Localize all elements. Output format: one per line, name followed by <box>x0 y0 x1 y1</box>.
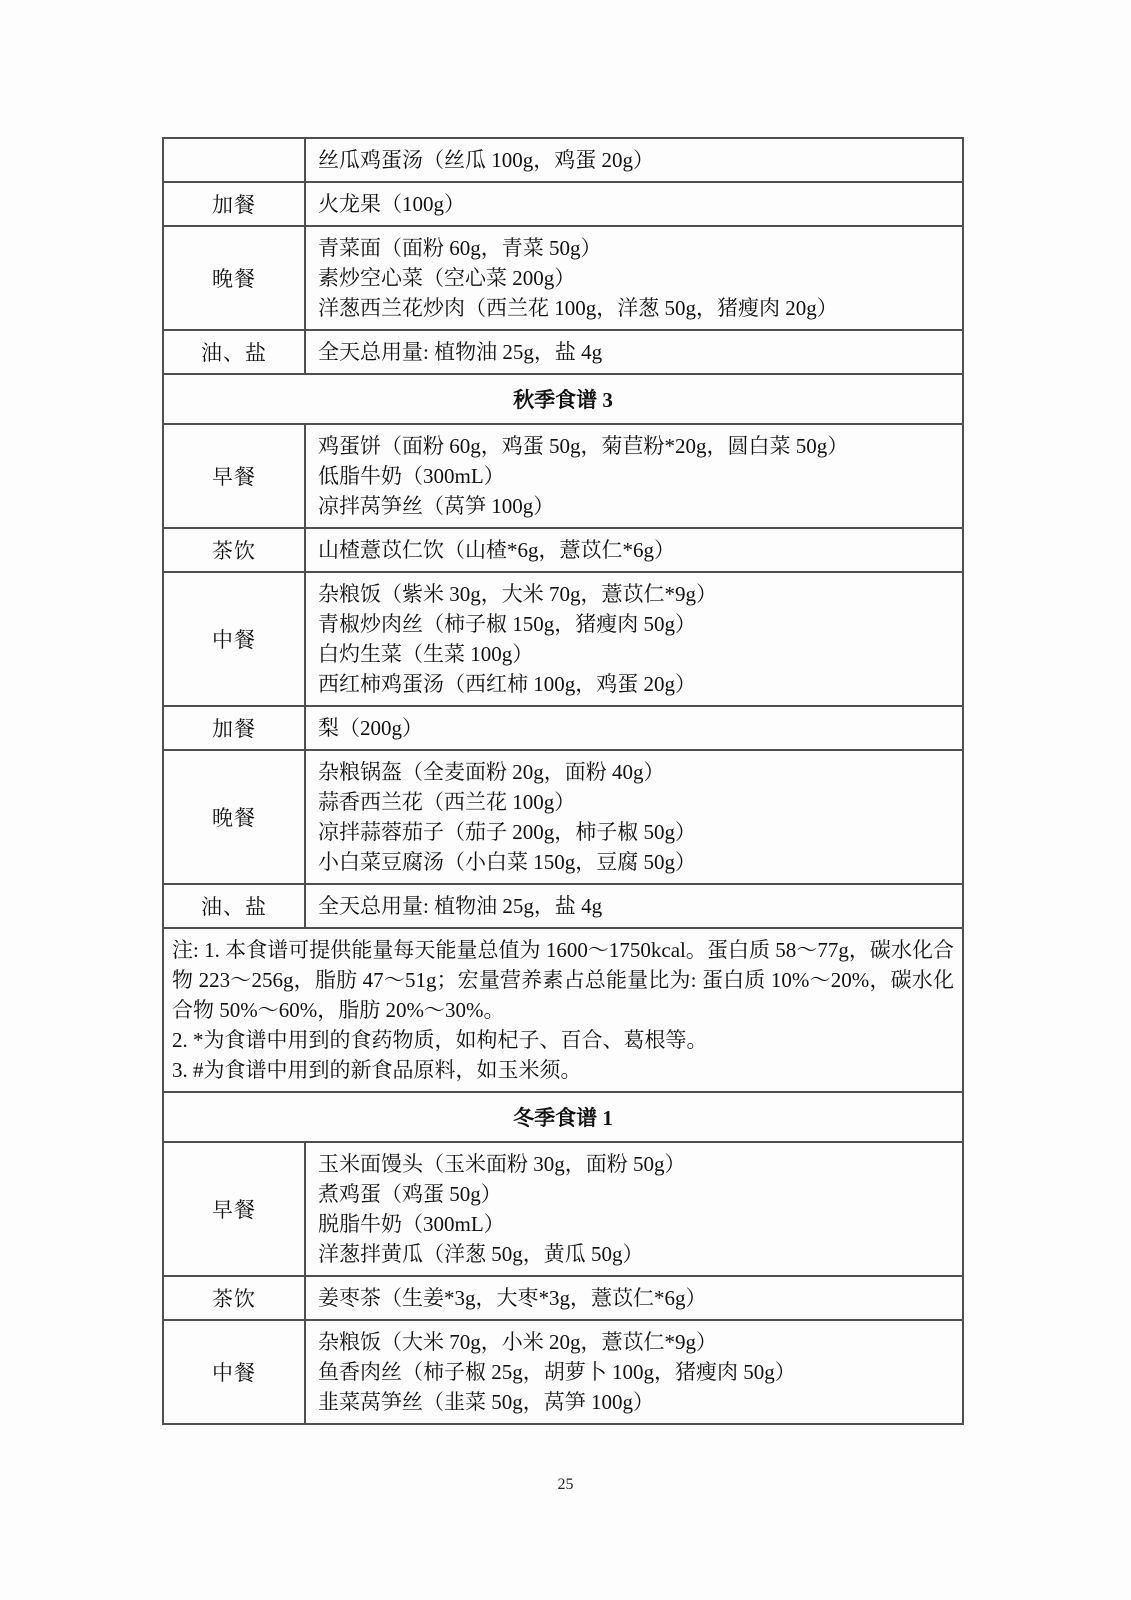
table-row: 丝瓜鸡蛋汤（丝瓜 100g，鸡蛋 20g） <box>163 138 963 182</box>
note-line: 3. #为食谱中用到的新食品原料，如玉米须。 <box>172 1055 954 1085</box>
menu-table: 丝瓜鸡蛋汤（丝瓜 100g，鸡蛋 20g） 加餐 火龙果（100g） 晚餐 青菜… <box>162 137 964 1425</box>
meal-label: 早餐 <box>163 424 305 528</box>
dish-line: 脱脂牛奶（300mL） <box>318 1209 952 1239</box>
dish-line: 煮鸡蛋（鸡蛋 50g） <box>318 1179 952 1209</box>
meal-items: 杂粮饭（紫米 30g，大米 70g，薏苡仁*9g） 青椒炒肉丝（柿子椒 150g… <box>305 572 963 706</box>
table-row: 冬季食谱 1 <box>163 1092 963 1142</box>
meal-items: 姜枣茶（生姜*3g，大枣*3g，薏苡仁*6g） <box>305 1276 963 1320</box>
meal-label: 茶饮 <box>163 528 305 572</box>
table-row: 中餐 杂粮饭（紫米 30g，大米 70g，薏苡仁*9g） 青椒炒肉丝（柿子椒 1… <box>163 572 963 706</box>
meal-items: 全天总用量: 植物油 25g，盐 4g <box>305 884 963 928</box>
dish-line: 凉拌蒜蓉茄子（茄子 200g，柿子椒 50g） <box>318 817 952 847</box>
dish-line: 丝瓜鸡蛋汤（丝瓜 100g，鸡蛋 20g） <box>318 145 952 175</box>
meal-items: 青菜面（面粉 60g，青菜 50g） 素炒空心菜（空心菜 200g） 洋葱西兰花… <box>305 226 963 330</box>
dish-line: 全天总用量: 植物油 25g，盐 4g <box>318 337 952 367</box>
page-number: 25 <box>0 1476 1131 1494</box>
meal-label <box>163 138 305 182</box>
dish-line: 青菜面（面粉 60g，青菜 50g） <box>318 233 952 263</box>
dish-line: 小白菜豆腐汤（小白菜 150g，豆腐 50g） <box>318 847 952 877</box>
dish-line: 玉米面馒头（玉米面粉 30g，面粉 50g） <box>318 1149 952 1179</box>
meal-items: 山楂薏苡仁饮（山楂*6g，薏苡仁*6g） <box>305 528 963 572</box>
meal-items: 全天总用量: 植物油 25g，盐 4g <box>305 330 963 374</box>
table-row: 中餐 杂粮饭（大米 70g，小米 20g，薏苡仁*9g） 鱼香肉丝（柿子椒 25… <box>163 1320 963 1424</box>
table-row: 油、盐 全天总用量: 植物油 25g，盐 4g <box>163 884 963 928</box>
dish-line: 全天总用量: 植物油 25g，盐 4g <box>318 891 952 921</box>
section-header-winter-1: 冬季食谱 1 <box>163 1092 963 1142</box>
meal-items: 杂粮饭（大米 70g，小米 20g，薏苡仁*9g） 鱼香肉丝（柿子椒 25g，胡… <box>305 1320 963 1424</box>
meal-items: 火龙果（100g） <box>305 182 963 226</box>
meal-label: 加餐 <box>163 706 305 750</box>
table-row: 注: 1. 本食谱可提供能量每天能量总值为 1600～1750kcal。蛋白质 … <box>163 928 963 1092</box>
dish-line: 鱼香肉丝（柿子椒 25g，胡萝卜 100g，猪瘦肉 50g） <box>318 1357 952 1387</box>
dish-line: 山楂薏苡仁饮（山楂*6g，薏苡仁*6g） <box>318 535 952 565</box>
meal-label: 中餐 <box>163 1320 305 1424</box>
dish-line: 梨（200g） <box>318 713 952 743</box>
table-row: 茶饮 姜枣茶（生姜*3g，大枣*3g，薏苡仁*6g） <box>163 1276 963 1320</box>
dish-line: 凉拌莴笋丝（莴笋 100g） <box>318 491 952 521</box>
note-line: 2. *为食谱中用到的食药物质，如枸杞子、百合、葛根等。 <box>172 1025 954 1055</box>
dish-line: 杂粮锅盔（全麦面粉 20g，面粉 40g） <box>318 757 952 787</box>
meal-items: 丝瓜鸡蛋汤（丝瓜 100g，鸡蛋 20g） <box>305 138 963 182</box>
dish-line: 白灼生菜（生菜 100g） <box>318 639 952 669</box>
meal-items: 杂粮锅盔（全麦面粉 20g，面粉 40g） 蒜香西兰花（西兰花 100g） 凉拌… <box>305 750 963 884</box>
dish-line: 蒜香西兰花（西兰花 100g） <box>318 787 952 817</box>
dish-line: 青椒炒肉丝（柿子椒 150g，猪瘦肉 50g） <box>318 609 952 639</box>
section-header-autumn-3: 秋季食谱 3 <box>163 374 963 424</box>
dish-line: 鸡蛋饼（面粉 60g，鸡蛋 50g，菊苣粉*20g，圆白菜 50g） <box>318 431 952 461</box>
table-row: 秋季食谱 3 <box>163 374 963 424</box>
dish-line: 西红柿鸡蛋汤（西红柿 100g，鸡蛋 20g） <box>318 669 952 699</box>
meal-label: 晚餐 <box>163 226 305 330</box>
note-line: 注: 1. 本食谱可提供能量每天能量总值为 1600～1750kcal。蛋白质 … <box>172 935 954 1025</box>
meal-label: 茶饮 <box>163 1276 305 1320</box>
meal-label: 中餐 <box>163 572 305 706</box>
dish-line: 韭菜莴笋丝（韭菜 50g，莴笋 100g） <box>318 1387 952 1417</box>
dish-line: 火龙果（100g） <box>318 189 952 219</box>
dish-line: 洋葱拌黄瓜（洋葱 50g，黄瓜 50g） <box>318 1239 952 1269</box>
dish-line: 杂粮饭（大米 70g，小米 20g，薏苡仁*9g） <box>318 1327 952 1357</box>
dish-line: 洋葱西兰花炒肉（西兰花 100g，洋葱 50g，猪瘦肉 20g） <box>318 293 952 323</box>
dish-line: 低脂牛奶（300mL） <box>318 461 952 491</box>
table-row: 晚餐 青菜面（面粉 60g，青菜 50g） 素炒空心菜（空心菜 200g） 洋葱… <box>163 226 963 330</box>
table-row: 晚餐 杂粮锅盔（全麦面粉 20g，面粉 40g） 蒜香西兰花（西兰花 100g）… <box>163 750 963 884</box>
meal-label: 晚餐 <box>163 750 305 884</box>
table-row: 早餐 鸡蛋饼（面粉 60g，鸡蛋 50g，菊苣粉*20g，圆白菜 50g） 低脂… <box>163 424 963 528</box>
table-row: 加餐 火龙果（100g） <box>163 182 963 226</box>
table-row: 加餐 梨（200g） <box>163 706 963 750</box>
meal-items: 玉米面馒头（玉米面粉 30g，面粉 50g） 煮鸡蛋（鸡蛋 50g） 脱脂牛奶（… <box>305 1142 963 1276</box>
table-row: 油、盐 全天总用量: 植物油 25g，盐 4g <box>163 330 963 374</box>
meal-label: 油、盐 <box>163 884 305 928</box>
table-row: 早餐 玉米面馒头（玉米面粉 30g，面粉 50g） 煮鸡蛋（鸡蛋 50g） 脱脂… <box>163 1142 963 1276</box>
dish-line: 杂粮饭（紫米 30g，大米 70g，薏苡仁*9g） <box>318 579 952 609</box>
document-page: { "page": { "number": "25" }, "colors": … <box>0 0 1131 1600</box>
meal-label: 早餐 <box>163 1142 305 1276</box>
meal-label: 油、盐 <box>163 330 305 374</box>
dish-line: 姜枣茶（生姜*3g，大枣*3g，薏苡仁*6g） <box>318 1283 952 1313</box>
meal-label: 加餐 <box>163 182 305 226</box>
notes-block: 注: 1. 本食谱可提供能量每天能量总值为 1600～1750kcal。蛋白质 … <box>163 928 963 1092</box>
table-row: 茶饮 山楂薏苡仁饮（山楂*6g，薏苡仁*6g） <box>163 528 963 572</box>
dish-line: 素炒空心菜（空心菜 200g） <box>318 263 952 293</box>
meal-items: 鸡蛋饼（面粉 60g，鸡蛋 50g，菊苣粉*20g，圆白菜 50g） 低脂牛奶（… <box>305 424 963 528</box>
meal-items: 梨（200g） <box>305 706 963 750</box>
